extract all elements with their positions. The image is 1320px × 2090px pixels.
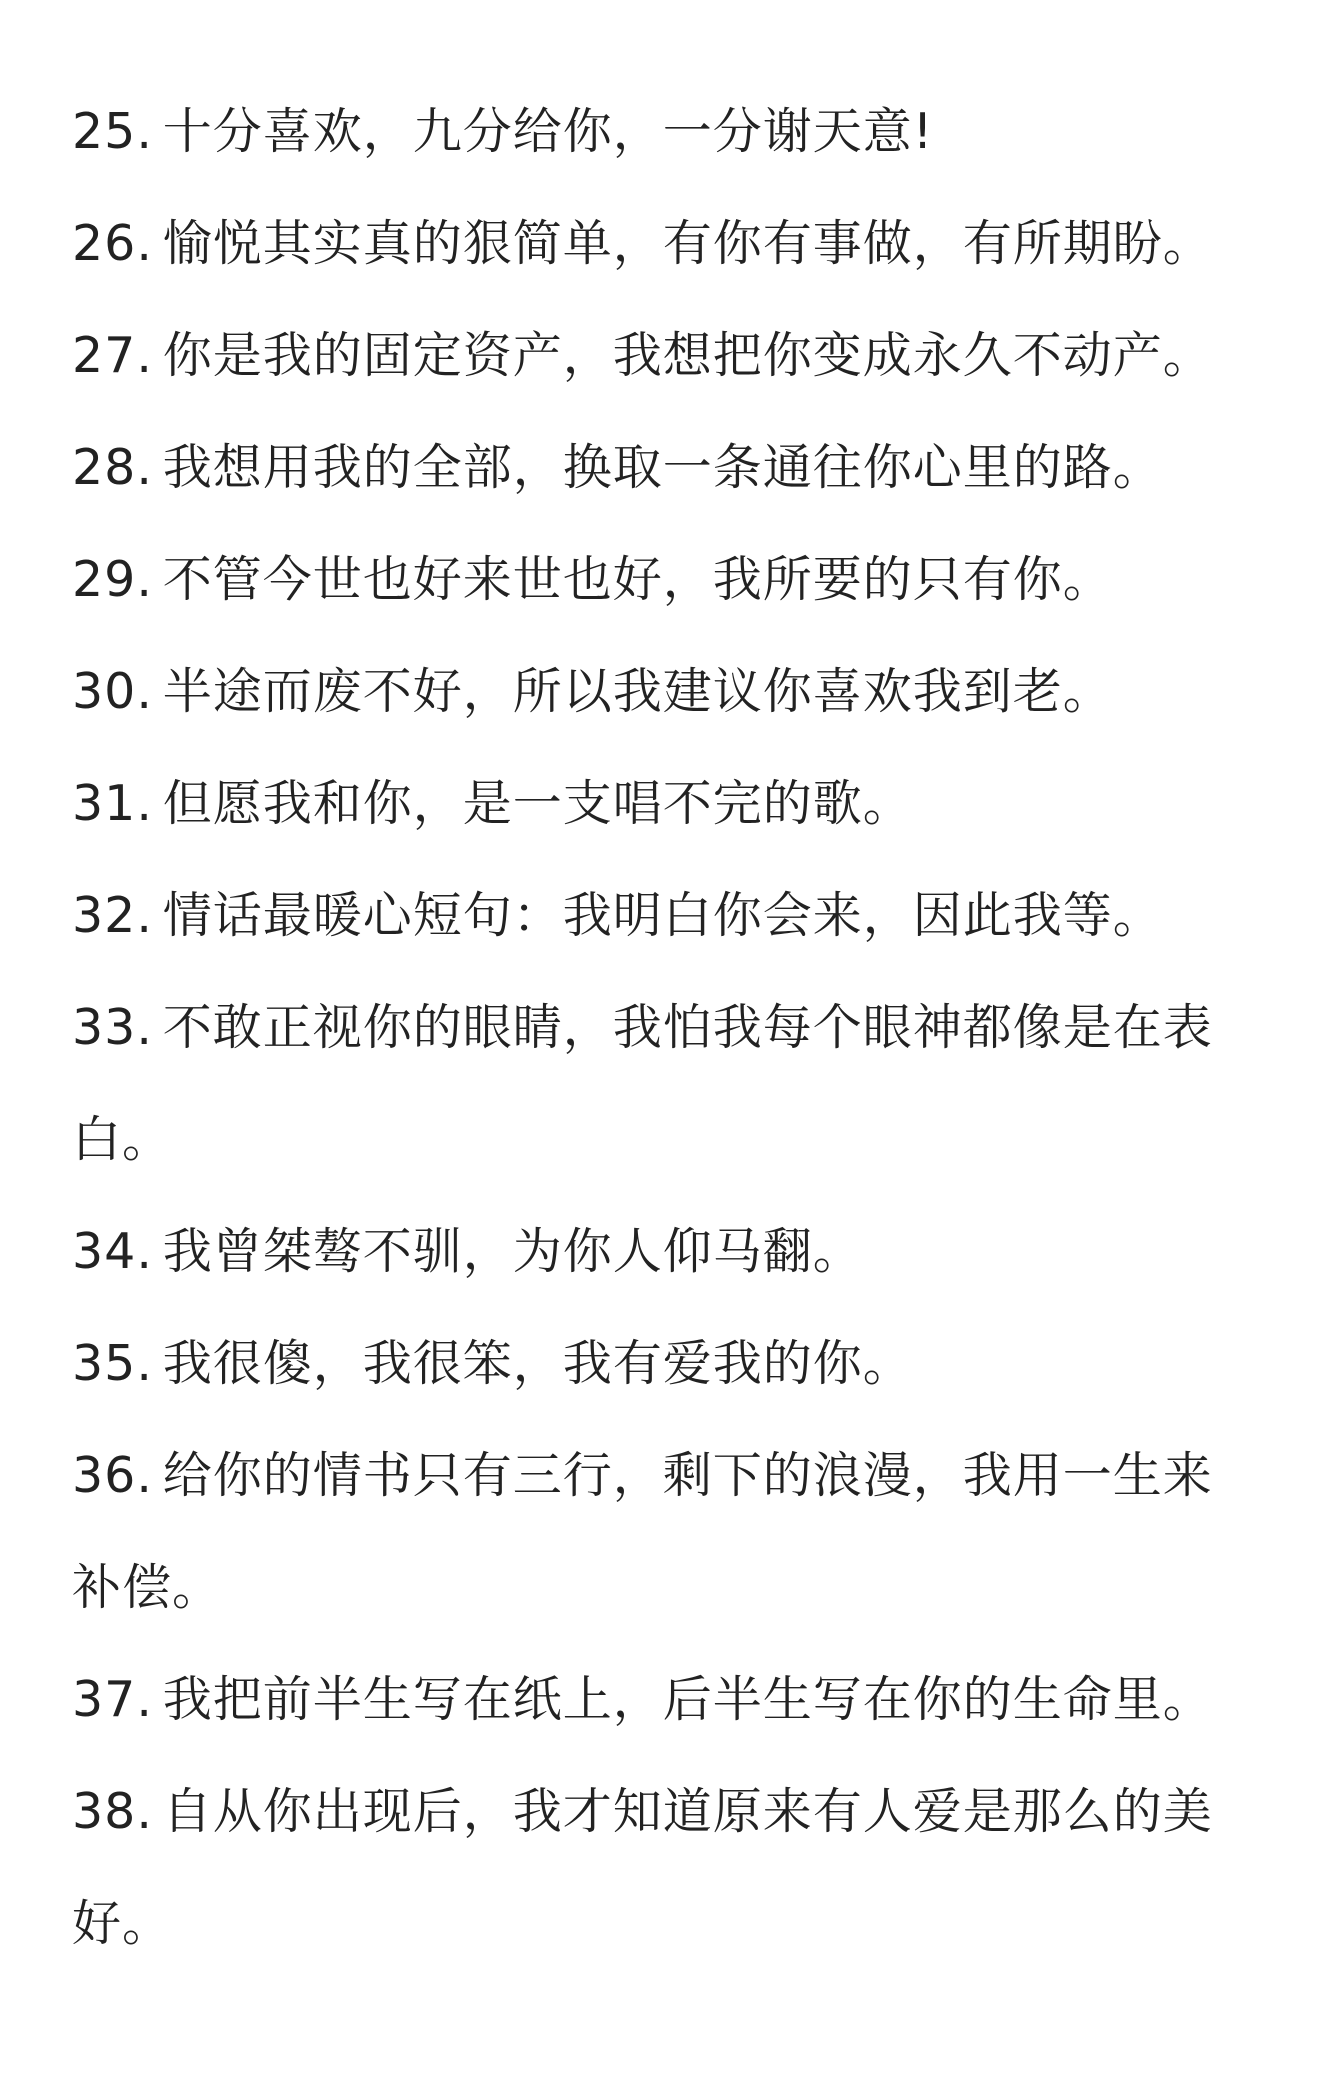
item-number: 32. xyxy=(72,887,153,944)
item-number: 37. xyxy=(72,1671,153,1728)
item-text: 但愿我和你，是一支唱不完的歌。 xyxy=(163,775,913,832)
item-number: 25. xyxy=(72,103,153,160)
item-number: 35. xyxy=(72,1335,153,1392)
item-number: 26. xyxy=(72,215,153,272)
list-item: 37.我把前半生写在纸上，后半生写在你的生命里。 xyxy=(72,1644,1252,1756)
item-text: 愉悦其实真的狠简单，有你有事做，有所期盼。 xyxy=(163,215,1213,272)
item-text: 我曾桀骜不驯，为你人仰马翻。 xyxy=(163,1223,863,1280)
list-item: 27.你是我的固定资产，我想把你变成永久不动产。 xyxy=(72,300,1252,412)
item-text: 不敢正视你的眼睛，我怕我每个眼神都像是在表白。 xyxy=(72,999,1213,1168)
item-number: 33. xyxy=(72,999,153,1056)
list-item: 38.自从你出现后，我才知道原来有人爱是那么的美好。 xyxy=(72,1756,1252,1980)
item-number: 31. xyxy=(72,775,153,832)
item-number: 28. xyxy=(72,439,153,496)
item-text: 给你的情书只有三行，剩下的浪漫，我用一生来补偿。 xyxy=(72,1447,1213,1616)
quote-list: 25.十分喜欢，九分给你，一分谢天意! 26.愉悦其实真的狠简单，有你有事做，有… xyxy=(72,76,1252,1980)
list-item: 33.不敢正视你的眼睛，我怕我每个眼神都像是在表白。 xyxy=(72,972,1252,1196)
item-text: 十分喜欢，九分给你，一分谢天意! xyxy=(163,103,934,160)
item-number: 34. xyxy=(72,1223,153,1280)
item-text: 你是我的固定资产，我想把你变成永久不动产。 xyxy=(163,327,1213,384)
list-item: 31.但愿我和你，是一支唱不完的歌。 xyxy=(72,748,1252,860)
item-number: 36. xyxy=(72,1447,153,1504)
list-item: 30.半途而废不好，所以我建议你喜欢我到老。 xyxy=(72,636,1252,748)
item-number: 30. xyxy=(72,663,153,720)
item-number: 38. xyxy=(72,1783,153,1840)
item-number: 27. xyxy=(72,327,153,384)
item-text: 我很傻，我很笨，我有爱我的你。 xyxy=(163,1335,913,1392)
item-text: 半途而废不好，所以我建议你喜欢我到老。 xyxy=(163,663,1113,720)
list-item: 32.情话最暖心短句：我明白你会来，因此我等。 xyxy=(72,860,1252,972)
item-text: 我把前半生写在纸上，后半生写在你的生命里。 xyxy=(163,1671,1213,1728)
item-text: 我想用我的全部，换取一条通往你心里的路。 xyxy=(163,439,1163,496)
item-number: 29. xyxy=(72,551,153,608)
list-item: 29.不管今世也好来世也好，我所要的只有你。 xyxy=(72,524,1252,636)
list-item: 25.十分喜欢，九分给你，一分谢天意! xyxy=(72,76,1252,188)
list-item: 28.我想用我的全部，换取一条通往你心里的路。 xyxy=(72,412,1252,524)
item-text: 不管今世也好来世也好，我所要的只有你。 xyxy=(163,551,1113,608)
list-item: 36.给你的情书只有三行，剩下的浪漫，我用一生来补偿。 xyxy=(72,1420,1252,1644)
item-text: 情话最暖心短句：我明白你会来，因此我等。 xyxy=(163,887,1163,944)
list-item: 35.我很傻，我很笨，我有爱我的你。 xyxy=(72,1308,1252,1420)
list-item: 34.我曾桀骜不驯，为你人仰马翻。 xyxy=(72,1196,1252,1308)
item-text: 自从你出现后，我才知道原来有人爱是那么的美好。 xyxy=(72,1783,1213,1952)
list-item: 26.愉悦其实真的狠简单，有你有事做，有所期盼。 xyxy=(72,188,1252,300)
